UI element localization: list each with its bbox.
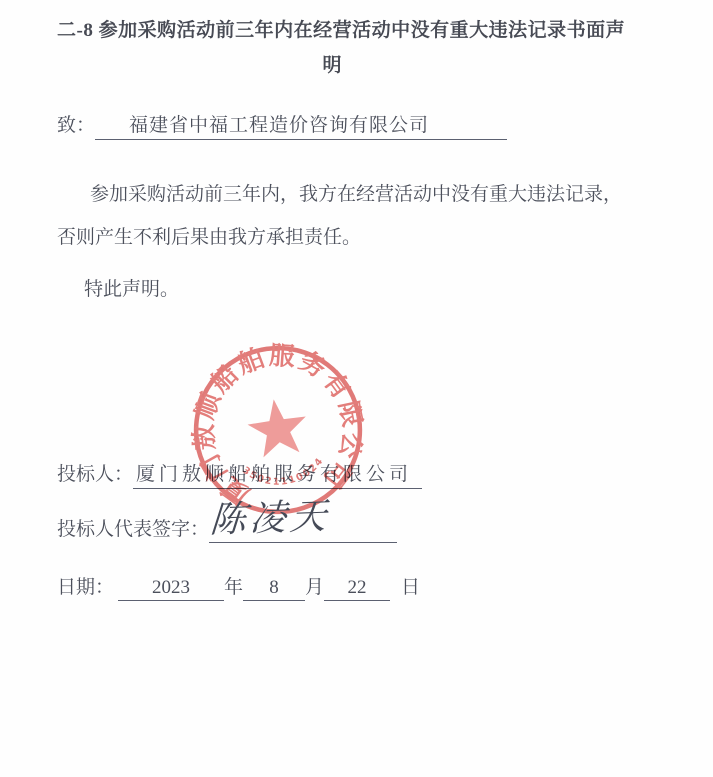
date-line: 日期：2023年8月22日 xyxy=(57,574,420,601)
document-title-line2: 明 xyxy=(57,52,607,79)
signer-label: 投标人代表签字： xyxy=(57,519,209,540)
declaration-paragraph-line2: 否则产生不利后果由我方承担责任。 xyxy=(57,224,677,251)
recipient-value: 福建省中福工程造价咨询有限公司 xyxy=(95,112,507,140)
date-day-value: 22 xyxy=(324,574,390,601)
bidder-company-name: 厦门敖顺船舶服务有限公司 xyxy=(133,461,422,489)
recipient-line: 致：福建省中福工程造价咨询有限公司 xyxy=(57,112,507,140)
bidder-label: 投标人： xyxy=(57,464,133,485)
date-label: 日期： xyxy=(57,577,114,598)
year-unit-label: 年 xyxy=(224,577,243,598)
document-title-line1: 二-8 参加采购活动前三年内在经营活动中没有重大违法记录书面声 xyxy=(57,17,657,44)
declaration-paragraph-line1: 参加采购活动前三年内，我方在经营活动中没有重大违法记录， xyxy=(57,181,677,208)
recipient-label: 致： xyxy=(57,115,95,136)
bidder-line: 投标人：厦门敖顺船舶服务有限公司 xyxy=(57,461,422,489)
date-year-value: 2023 xyxy=(118,574,224,601)
seal-ring-circle xyxy=(185,337,370,522)
seal-star-icon xyxy=(245,395,311,459)
closing-statement: 特此声明。 xyxy=(57,276,457,303)
day-unit-label: 日 xyxy=(401,577,420,598)
date-month-value: 8 xyxy=(243,574,305,601)
handwritten-signature: 陈凌天 xyxy=(209,497,332,541)
month-unit-label: 月 xyxy=(305,577,324,598)
